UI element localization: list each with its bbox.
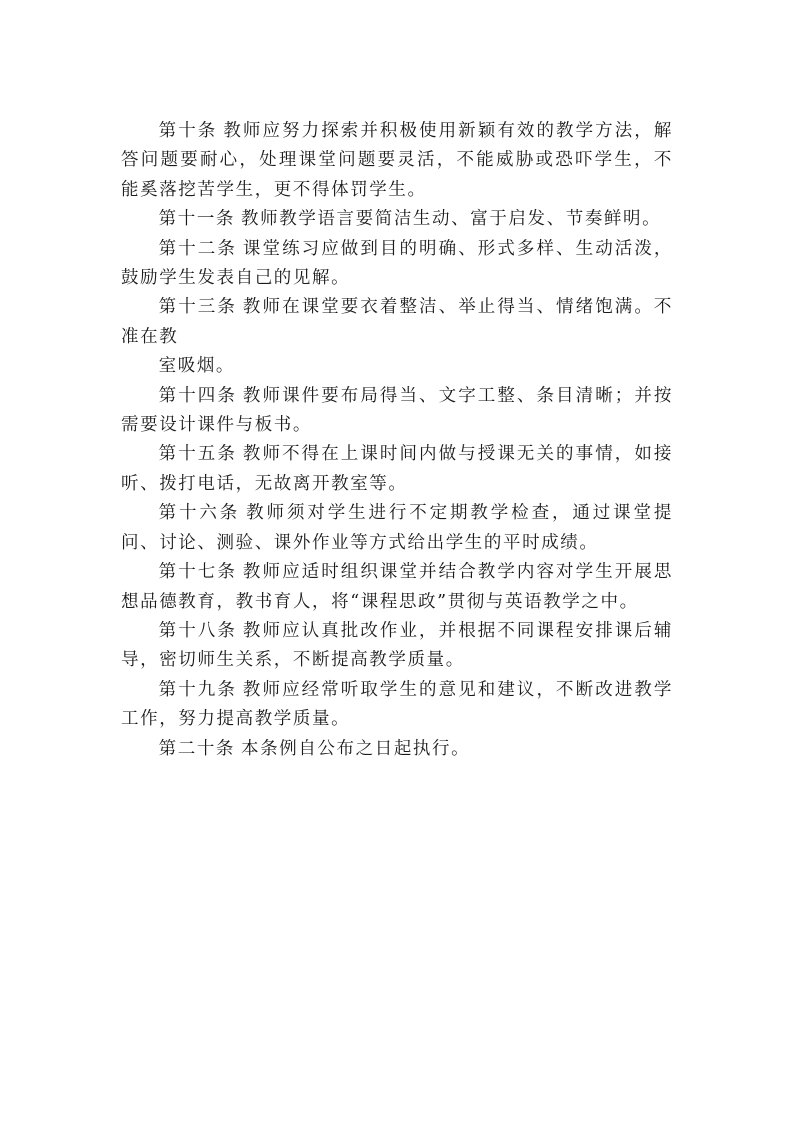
article-16: 第十六条教师须对学生进行不定期教学检查，通过课堂提问、讨论、测验、课外作业等方式… [121, 499, 673, 558]
article-text: 本条例自公布之日起执行。 [241, 739, 470, 759]
article-text-continuation: 室吸烟。 [121, 352, 673, 381]
article-20: 第二十条本条例自公布之日起执行。 [121, 735, 673, 764]
article-label: 第十四条 [159, 386, 237, 406]
article-13: 第十三条教师在课堂要衣着整洁、举止得当、情绪饱满。不准在教室吸烟。 [121, 293, 673, 381]
article-label: 第十三条 [159, 297, 237, 317]
article-15: 第十五条教师不得在上课时间内做与授课无关的事情，如接听、拨打电话，无故离开教室等… [121, 440, 673, 499]
article-label: 第十条 [159, 121, 218, 141]
article-label: 第十八条 [159, 621, 237, 641]
article-label: 第二十条 [159, 739, 235, 759]
article-label: 第十七条 [159, 562, 237, 582]
article-label: 第十二条 [159, 239, 237, 259]
article-label: 第十一条 [159, 209, 235, 229]
article-19: 第十九条教师应经常听取学生的意见和建议，不断改进教学工作，努力提高教学质量。 [121, 676, 673, 735]
article-10: 第十条教师应努力探索并积极使用新颖有效的教学方法，解答问题要耐心，处理课堂问题要… [121, 117, 673, 205]
article-label: 第十六条 [159, 503, 241, 523]
article-label: 第十九条 [159, 680, 237, 700]
article-text: 教师教学语言要简洁生动、富于启发、节奏鲜明。 [241, 209, 661, 229]
article-17: 第十七条教师应适时组织课堂并结合教学内容对学生开展思想品德教育，教书育人，将“课… [121, 558, 673, 617]
article-11: 第十一条教师教学语言要简洁生动、富于启发、节奏鲜明。 [121, 205, 673, 234]
article-12: 第十二条课堂练习应做到目的明确、形式多样、生动活泼，鼓励学生发表自己的见解。 [121, 235, 673, 294]
article-14: 第十四条教师课件要布局得当、文字工整、条目清晰；并按需要设计课件与板书。 [121, 382, 673, 441]
document-body: 第十条教师应努力探索并积极使用新颖有效的教学方法，解答问题要耐心，处理课堂问题要… [121, 117, 673, 764]
article-18: 第十八条教师应认真批改作业，并根据不同课程安排课后辅导，密切师生关系，不断提高教… [121, 617, 673, 676]
article-label: 第十五条 [159, 444, 237, 464]
